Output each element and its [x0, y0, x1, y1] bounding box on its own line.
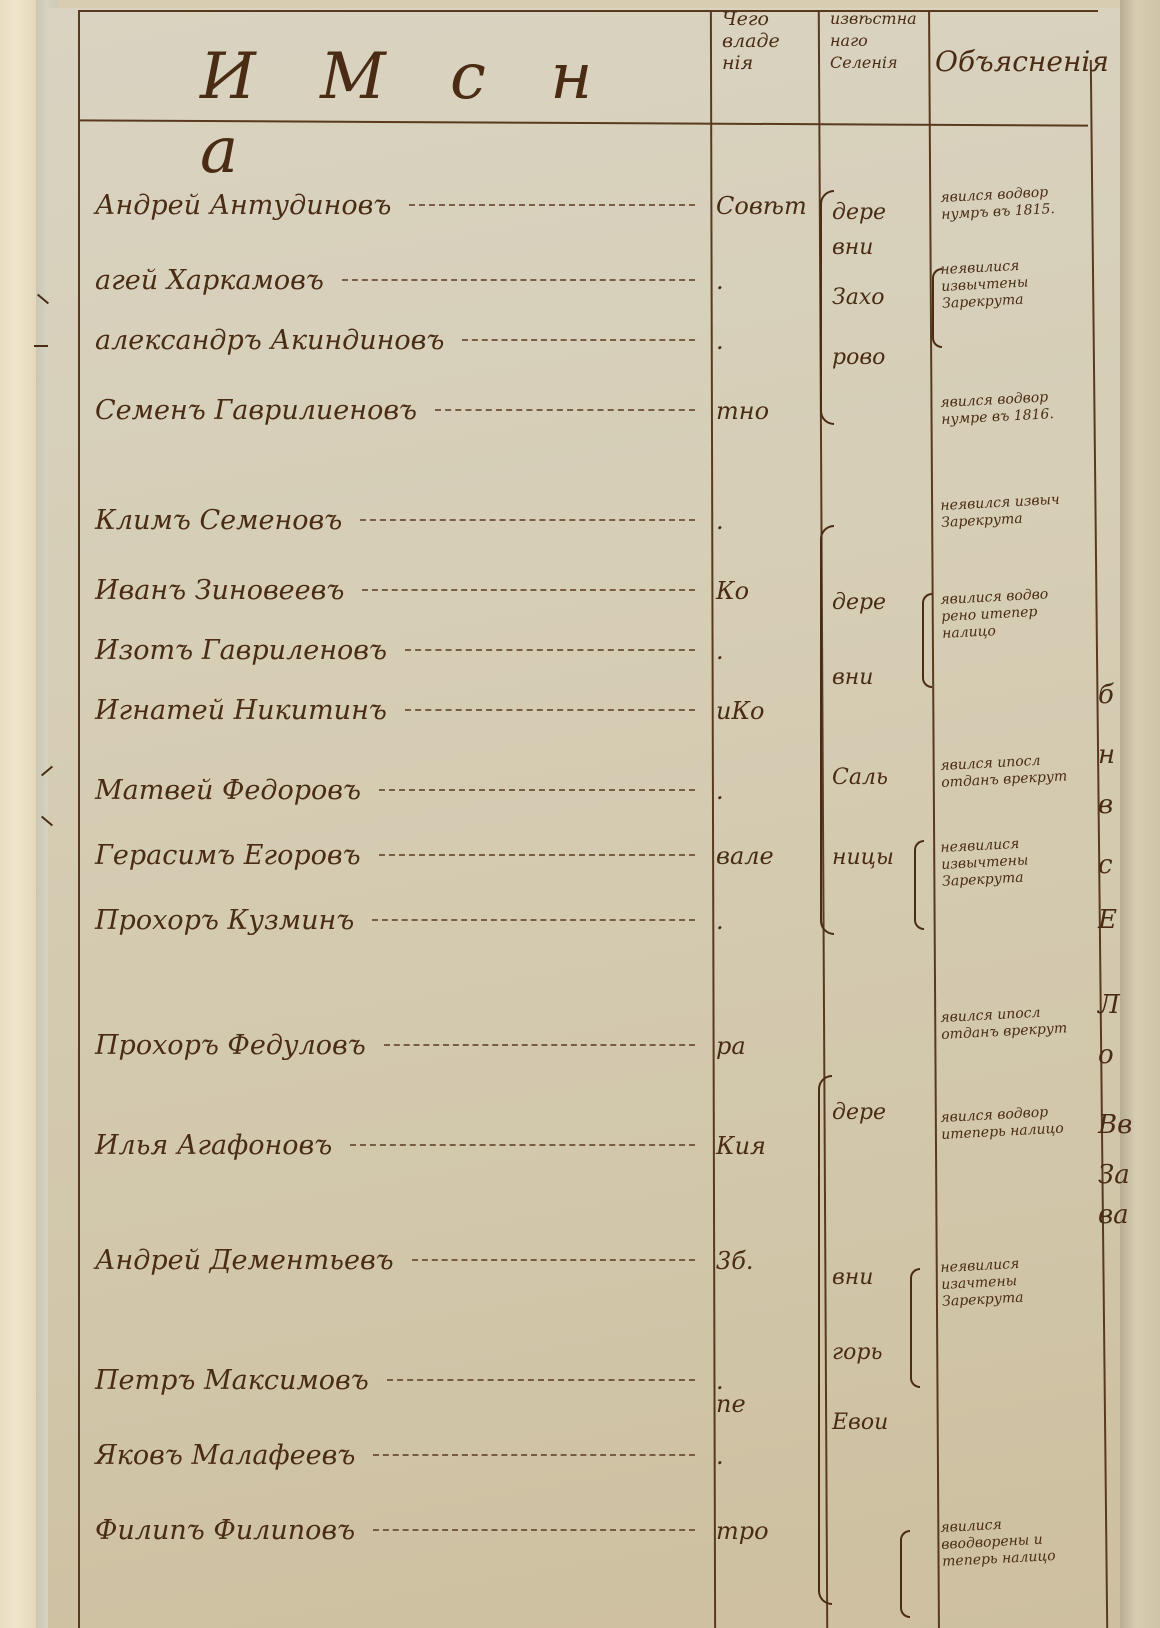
ownership-cell: .: [716, 637, 816, 665]
person-name: Матвей Федоровъ: [95, 775, 361, 806]
explanation-note: явилися водворено итеперналицо: [940, 584, 1092, 643]
name-entry: Игнатей Никитинъ: [95, 695, 695, 739]
dashed-leader-line: [379, 854, 695, 856]
person-name: Игнатей Никитинъ: [95, 695, 387, 726]
left-margin-rule: [78, 10, 80, 1628]
village-brace-group-3: [818, 1075, 832, 1605]
name-entry: Иванъ Зиновеевъ: [95, 575, 695, 619]
dashed-leader-line: [435, 409, 695, 411]
notes-brace-4: [910, 1268, 920, 1388]
ownership-cell: .: [716, 327, 816, 355]
village-cell: дере: [832, 590, 932, 615]
next-page-fragment: о: [1098, 1040, 1138, 1070]
dashed-leader-line: [373, 1454, 695, 1456]
name-entry: Матвей Федоровъ: [95, 775, 695, 819]
dashed-leader-line: [360, 519, 695, 521]
name-entry: александръ Акиндиновъ: [95, 325, 695, 369]
person-name: Яковъ Малафеевъ: [95, 1440, 355, 1471]
ownership-cell: 3б.: [716, 1247, 816, 1275]
name-entry: Изотъ Гавриленовъ: [95, 635, 695, 679]
notes-column-header: Объясненія: [935, 45, 1095, 78]
dashed-leader-line: [350, 1144, 695, 1146]
explanation-note: неявилисяизачтеныЗарекрута: [940, 1252, 1092, 1311]
book-binding: [0, 0, 40, 1628]
person-name: Андрей Антудиновъ: [95, 190, 391, 221]
village-brace-group-1: [820, 190, 834, 425]
village-cell: рово: [832, 345, 932, 370]
name-entry: Прохоръ Кузминъ: [95, 905, 695, 949]
person-name: александръ Акиндиновъ: [95, 325, 444, 356]
name-entry: Климъ Семеновъ: [95, 505, 695, 549]
dashed-leader-line: [342, 279, 695, 281]
dashed-leader-line: [409, 204, 695, 206]
ownership-cell: .: [716, 777, 816, 805]
person-name: Прохоръ Федуловъ: [95, 1030, 366, 1061]
name-entry: Андрей Дементьевъ: [95, 1245, 695, 1289]
village-cell: Евои: [832, 1410, 932, 1435]
person-name: Герасимъ Егоровъ: [95, 840, 361, 871]
person-name: Прохоръ Кузминъ: [95, 905, 354, 936]
ownership-cell: тро: [716, 1517, 816, 1545]
dashed-leader-line: [372, 919, 695, 921]
person-name: Илья Агафоновъ: [95, 1130, 332, 1161]
dashed-leader-line: [379, 789, 695, 791]
person-name: Семенъ Гаврилиеновъ: [95, 395, 417, 426]
explanation-note: явилисявводворены итеперь налицо: [940, 1512, 1092, 1571]
name-entry: Герасимъ Егоровъ: [95, 840, 695, 884]
name-entry: Прохоръ Федуловъ: [95, 1030, 695, 1074]
dashed-leader-line: [362, 589, 695, 591]
dashed-leader-line: [462, 339, 695, 341]
person-name: Климъ Семеновъ: [95, 505, 342, 536]
dashed-leader-line: [384, 1044, 695, 1046]
person-name: Филипъ Филиповъ: [95, 1515, 355, 1546]
person-name: Иванъ Зиновеевъ: [95, 575, 344, 606]
village-cell: дере: [832, 200, 932, 225]
name-entry: Филипъ Филиповъ: [95, 1515, 695, 1559]
ownership-cell: пе: [716, 1390, 816, 1418]
dashed-leader-line: [405, 709, 695, 711]
next-page-fragment: За: [1098, 1160, 1138, 1190]
dashed-leader-line: [373, 1529, 695, 1531]
ownership-cell: Совѣт: [716, 192, 816, 220]
ownership-cell: .: [716, 507, 816, 535]
ownership-cell: Ко: [716, 577, 816, 605]
names-column-header: И М с н а: [200, 40, 680, 188]
person-name: Петръ Максимовъ: [95, 1365, 369, 1396]
explanation-note: неявилисяизвычтеныЗарекрута: [940, 254, 1092, 313]
ownership-cell: ра: [716, 1032, 816, 1060]
next-page-fragment: с: [1098, 850, 1138, 880]
name-entry: Андрей Антудиновъ: [95, 190, 695, 234]
next-page-fragment: Е: [1098, 905, 1138, 935]
person-name: Изотъ Гавриленовъ: [95, 635, 387, 666]
village-cell: вни: [832, 235, 932, 260]
margin-tick: [34, 345, 48, 347]
notes-brace-3: [914, 840, 924, 930]
ownership-cell: тно: [716, 397, 816, 425]
name-entry: Семенъ Гаврилиеновъ: [95, 395, 695, 439]
name-entry: агей Харкамовъ: [95, 265, 695, 309]
next-page-fragment: в: [1098, 790, 1138, 820]
village-column-header: извѣстнa нaго Селенія: [830, 8, 917, 74]
ownership-cell: Кия: [716, 1132, 816, 1160]
person-name: агей Харкамовъ: [95, 265, 324, 296]
village-cell: вни: [832, 665, 932, 690]
ownership-cell: иКо: [716, 697, 816, 725]
dashed-leader-line: [387, 1379, 695, 1381]
top-border-rule: [78, 10, 1098, 12]
ownership-cell: .: [716, 907, 816, 935]
dashed-leader-line: [412, 1259, 695, 1261]
ownership-cell: .: [716, 267, 816, 295]
next-page-fragment: Вв: [1098, 1110, 1138, 1140]
name-entry: Илья Агафоновъ: [95, 1130, 695, 1174]
village-brace-group-2: [820, 525, 834, 935]
village-cell: Саль: [832, 765, 932, 790]
person-name: Андрей Дементьевъ: [95, 1245, 394, 1276]
next-page-fragment: б: [1098, 680, 1138, 710]
next-page-fragment: н: [1098, 740, 1138, 770]
next-page-fragment: Л: [1098, 990, 1138, 1020]
ownership-cell: вале: [716, 842, 816, 870]
next-page-fragment: ва: [1098, 1200, 1138, 1230]
name-entry: Петръ Максимовъ: [95, 1365, 695, 1409]
ownership-column-header: Чего владе нія: [722, 8, 780, 74]
notes-brace-1: [932, 268, 942, 348]
village-cell: дере: [832, 1100, 932, 1125]
notes-brace-5: [900, 1530, 910, 1618]
village-cell: Захо: [832, 285, 932, 310]
dashed-leader-line: [405, 649, 695, 651]
ownership-cell: .: [716, 1442, 816, 1470]
name-entry: Яковъ Малафеевъ: [95, 1440, 695, 1484]
explanation-note: неявилисяизвычтеныЗарекрута: [940, 832, 1092, 891]
notes-brace-2: [922, 593, 932, 688]
